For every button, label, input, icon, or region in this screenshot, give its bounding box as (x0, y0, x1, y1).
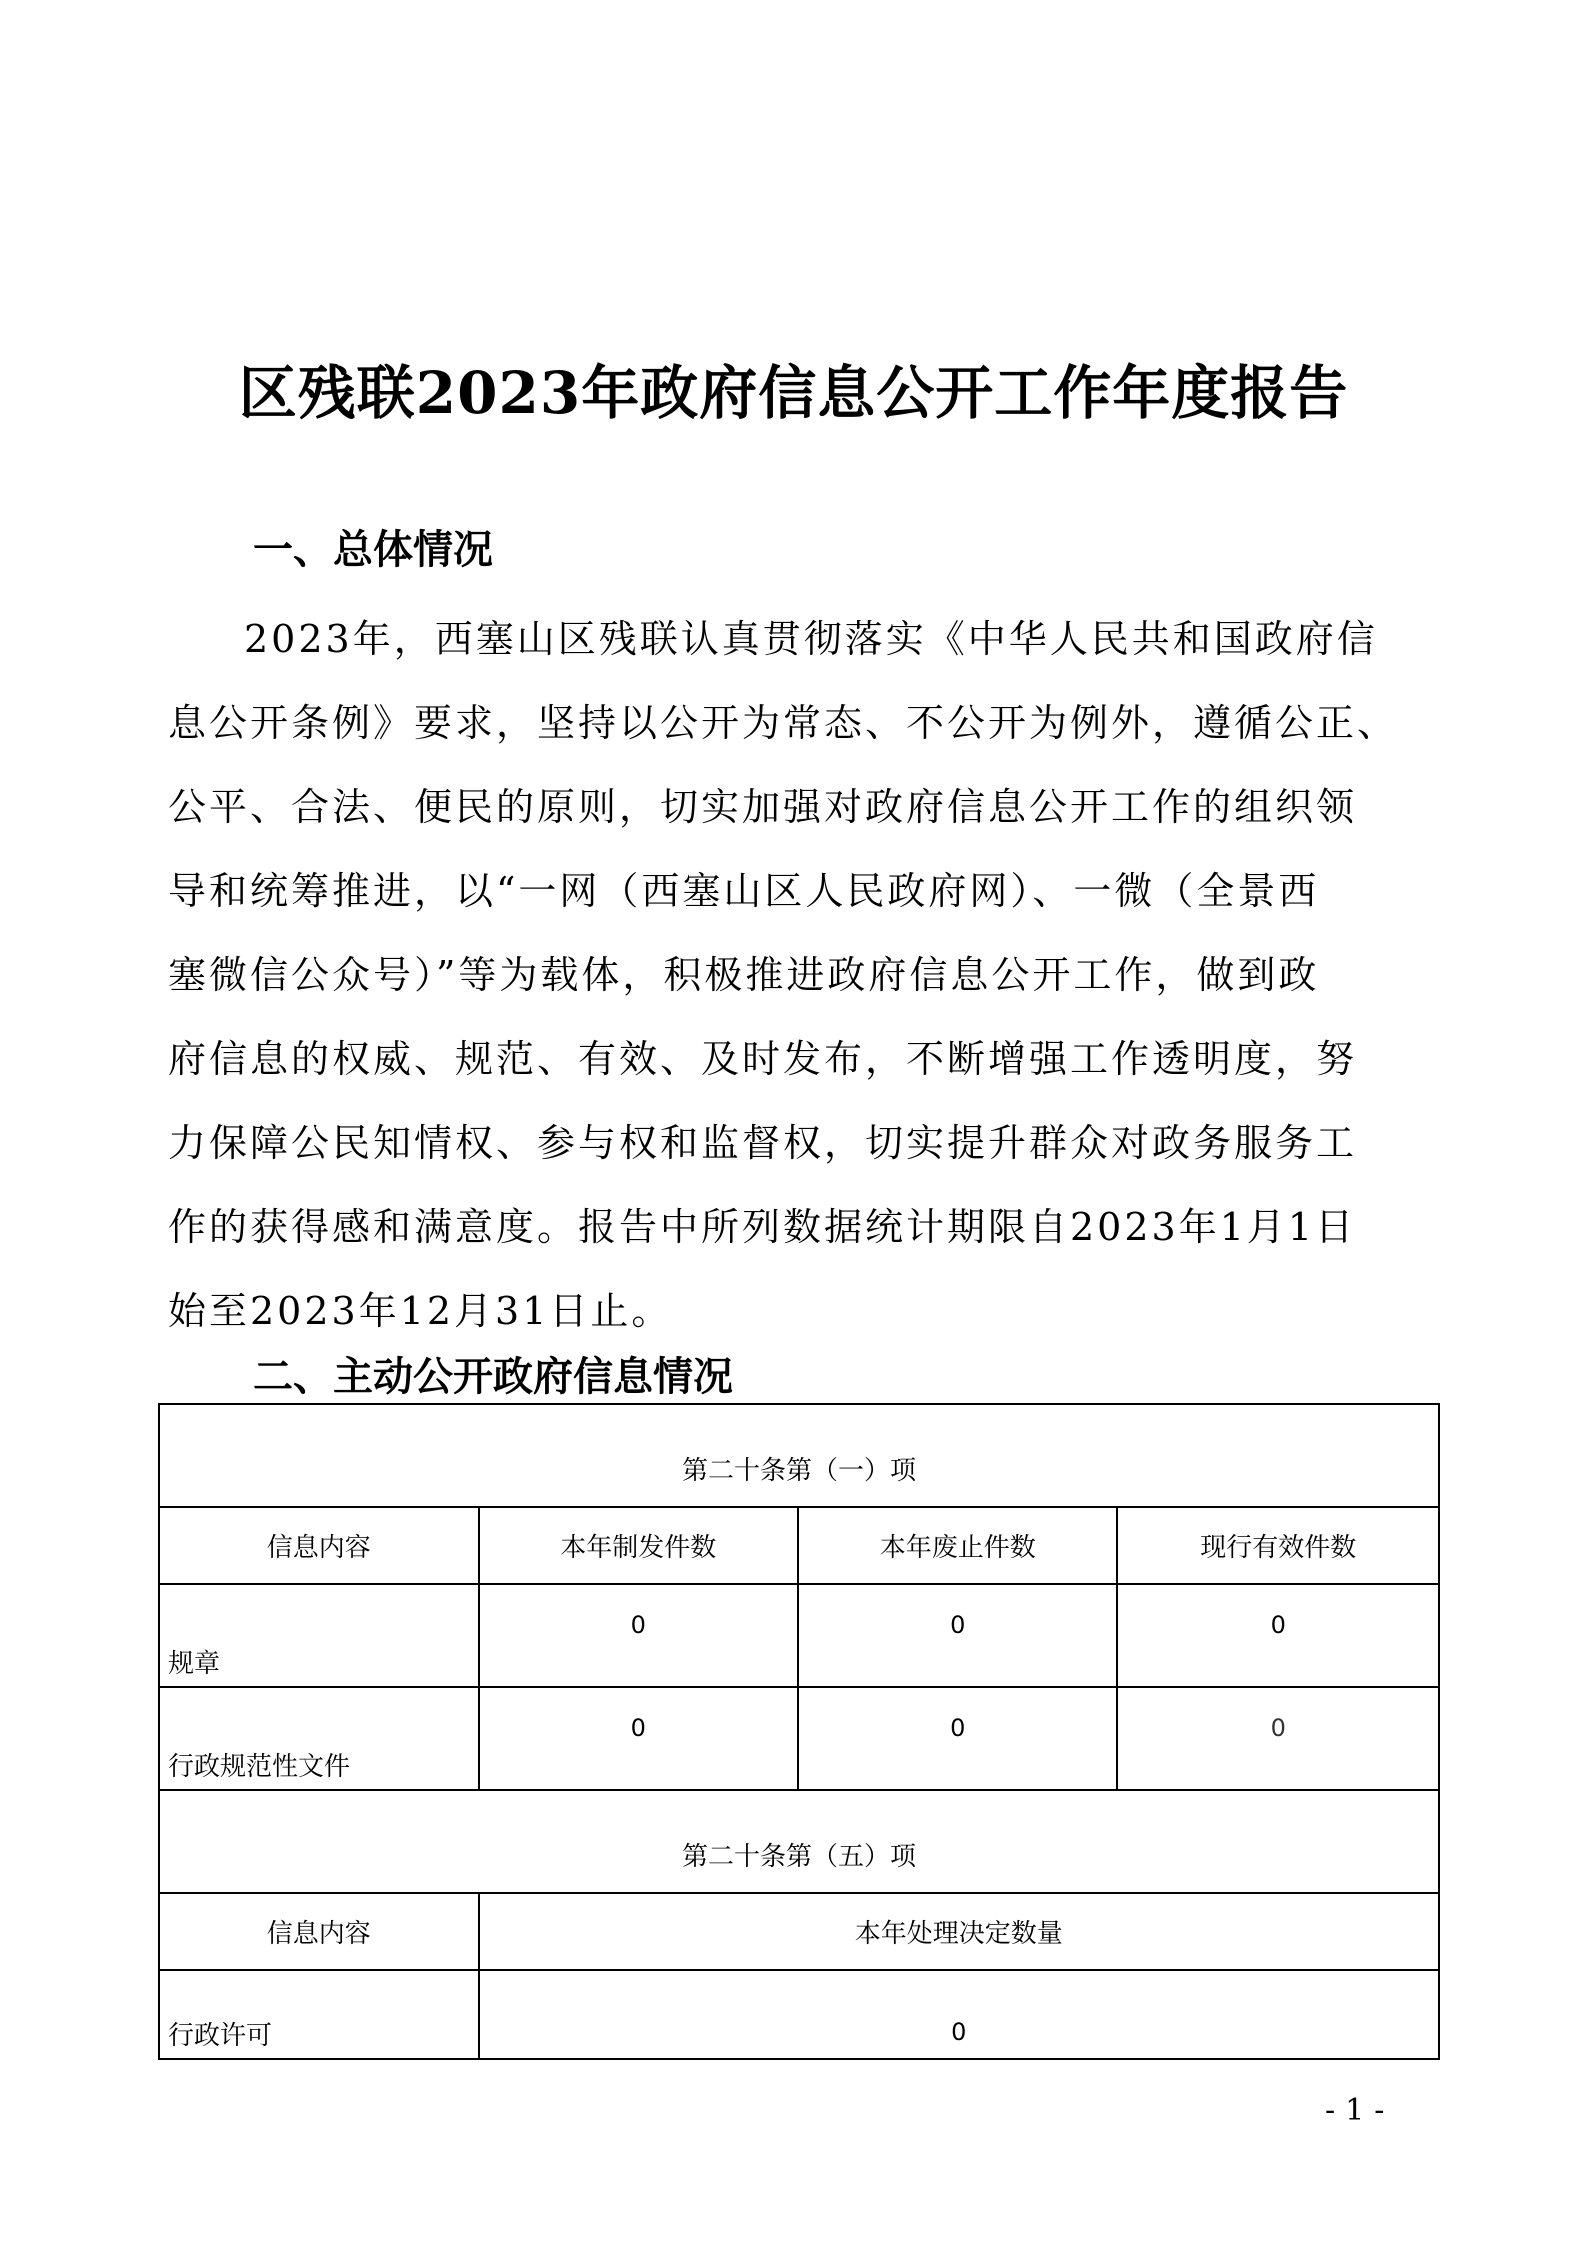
paragraph-line: 公平、合法、便民的原则，切实加强对政府信息公开工作的组织领 (168, 765, 1458, 849)
table-header-cell: 本年处理决定数量 (479, 1893, 1440, 1970)
overview-paragraph: 2023年，西塞山区残联认真贯彻落实《中华人民共和国政府信 息公开条例》要求，坚… (168, 597, 1458, 1353)
paragraph-line: 息公开条例》要求，坚持以公开为常态、不公开为例外，遵循公正、 (168, 681, 1458, 765)
paragraph-line: 塞微信公众号）”等为载体，积极推进政府信息公开工作，做到政 (168, 933, 1458, 1017)
paragraph-line: 始至2023年12月31日止。 (168, 1269, 1458, 1353)
table-row-label: 行政规范性文件 (159, 1687, 479, 1790)
table-cell-value: 0 (479, 1970, 1440, 2059)
table-section-row: 第二十条第（一）项 (159, 1404, 1439, 1507)
table-section-title: 第二十条第（一）项 (159, 1404, 1439, 1507)
section-heading-proactive-disclosure: 二、主动公开政府信息情况 (253, 1352, 733, 1402)
table-header-row: 信息内容 本年处理决定数量 (159, 1893, 1439, 1970)
document-page: 区残联2023年政府信息公开工作年度报告 一、总体情况 2023年，西塞山区残联… (0, 0, 1587, 2245)
table-row: 行政规范性文件 0 0 0 (159, 1687, 1439, 1790)
table-header-cell: 信息内容 (159, 1893, 479, 1970)
table-row: 规章 0 0 0 (159, 1584, 1439, 1687)
table-header-cell: 信息内容 (159, 1507, 479, 1584)
paragraph-line: 导和统筹推进，以“一网（西塞山区人民政府网）、一微（全景西 (168, 849, 1458, 933)
table-cell-value: 0 (1117, 1584, 1439, 1687)
document-title: 区残联2023年政府信息公开工作年度报告 (0, 358, 1587, 428)
table-header-cell: 本年制发件数 (479, 1507, 798, 1584)
table-cell-value: 0 (1117, 1687, 1439, 1790)
table-header-row: 信息内容 本年制发件数 本年废止件数 现行有效件数 (159, 1507, 1439, 1584)
table-row-label: 行政许可 (159, 1970, 479, 2059)
paragraph-line: 府信息的权威、规范、有效、及时发布，不断增强工作透明度，努 (168, 1017, 1458, 1101)
table-row: 行政许可 0 (159, 1970, 1439, 2059)
disclosure-table: 第二十条第（一）项 信息内容 本年制发件数 本年废止件数 现行有效件数 规章 0… (158, 1403, 1440, 2060)
page-number: -1- (1325, 2093, 1394, 2128)
paragraph-line: 作的获得感和满意度。报告中所列数据统计期限自2023年1月1日 (168, 1185, 1458, 1269)
table-header-cell: 现行有效件数 (1117, 1507, 1439, 1584)
table-cell-value: 0 (798, 1584, 1117, 1687)
table-section-row: 第二十条第（五）项 (159, 1790, 1439, 1893)
table-cell-value: 0 (479, 1584, 798, 1687)
table-row-label: 规章 (159, 1584, 479, 1687)
table-cell-value: 0 (798, 1687, 1117, 1790)
table-header-cell: 本年废止件数 (798, 1507, 1117, 1584)
paragraph-line: 2023年，西塞山区残联认真贯彻落实《中华人民共和国政府信 (168, 597, 1458, 681)
table-section-title: 第二十条第（五）项 (159, 1790, 1439, 1893)
paragraph-line: 力保障公民知情权、参与权和监督权，切实提升群众对政务服务工 (168, 1101, 1458, 1185)
table-cell-value: 0 (479, 1687, 798, 1790)
section-heading-overview: 一、总体情况 (253, 525, 493, 575)
